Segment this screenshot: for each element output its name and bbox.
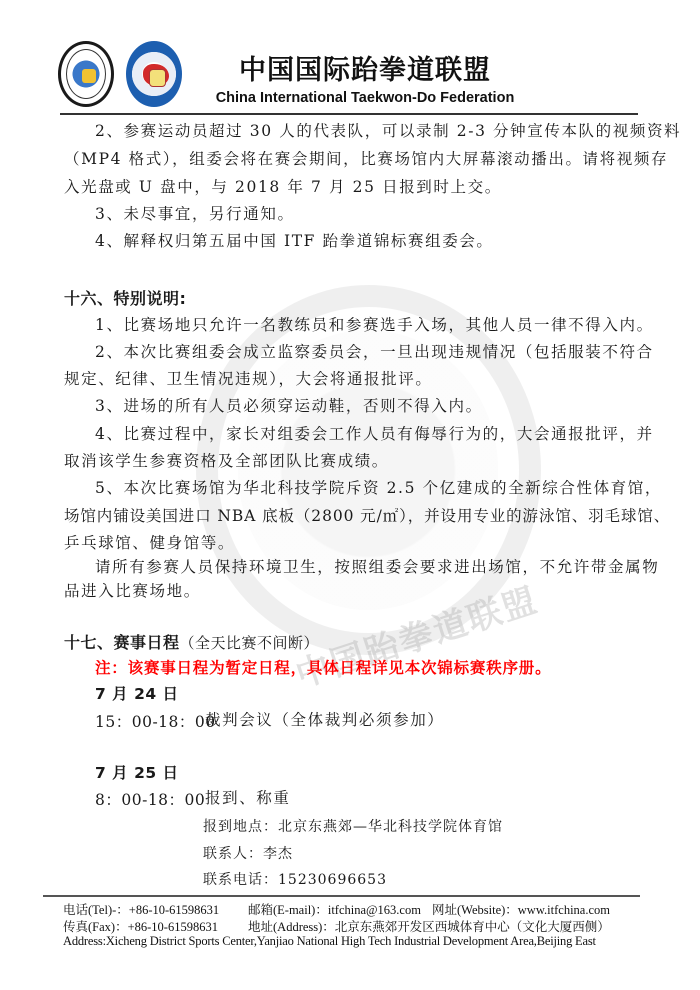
s15-item2-line1: 2、参赛运动员超过 30 人的代表队，可以录制 2-3 分钟宣传本队的视频资料: [95, 121, 681, 141]
org-title-cn: 中国国际跆拳道联盟: [200, 48, 530, 87]
s16-note-line2: 品进入比赛场地。: [64, 581, 201, 601]
footer-address-en: Address:Xicheng District Sports Center,Y…: [63, 934, 596, 949]
schedule-day2-location: 报到地点：北京东燕郊—华北科技学院体育馆: [203, 816, 503, 836]
s16-item5-line1: 5、本次比赛场馆为华北科技学院斥资 2.5 个亿建成的全新综合性体育馆，: [95, 478, 662, 498]
s16-item4-line1: 4、比赛过程中，家长对组委会工作人员有侮辱行为的，大会通报批评，并: [95, 424, 654, 444]
s15-item3: 3、未尽事宜，另行通知。: [95, 204, 295, 224]
s16-item2-line1: 2、本次比赛组委会成立监察委员会，一旦出现违规情况（包括服装不符合: [95, 342, 654, 362]
s16-item2-line2: 规定、纪律、卫生情况违规），大会将通报批评。: [64, 369, 432, 389]
s16-item3: 3、进场的所有人员必须穿运动鞋，否则不得入内。: [95, 396, 483, 416]
s15-item2-line3: 入光盘或 U 盘中，与 2018 年 7 月 25 日报到时上交。: [64, 177, 502, 197]
section16-heading: 十六、特别说明:: [64, 289, 186, 309]
s16-item5-line3: 乒乓球馆、健身馆等。: [64, 533, 235, 553]
s16-note-line1: 请所有参赛人员保持环境卫生，按照组委会要求进出场馆，不允许带金属物: [95, 557, 659, 577]
s15-item4: 4、解释权归第五届中国 ITF 跆拳道锦标赛组委会。: [95, 231, 494, 251]
fist-emblem-icon: [82, 69, 96, 83]
itf-china-logo-icon: [126, 41, 182, 107]
schedule-day2-phone: 联系电话：15230696653: [203, 869, 387, 889]
footer-divider: [43, 895, 640, 897]
section17-heading-title: 十七、赛事日程: [64, 633, 180, 652]
org-title-en: China International Taekwon-Do Federatio…: [180, 90, 550, 106]
section17-heading: 十七、赛事日程（全天比赛不间断）: [64, 633, 319, 653]
s16-item1: 1、比赛场地只允许一名教练员和参赛选手入场，其他人员一律不得入内。: [95, 315, 654, 335]
schedule-day2-event: 报到、称重: [205, 788, 291, 808]
s16-item5-line2: 场馆内铺设美国进口 NBA 底板（2800 元/㎡），并设用专业的游泳馆、羽毛球…: [64, 506, 670, 526]
schedule-notice: 注：该赛事日程为暂定日程，具体日程详见本次锦标赛秩序册。: [95, 658, 551, 678]
s16-item4-line2: 取消该学生参赛资格及全部团队比赛成绩。: [64, 451, 389, 471]
s15-item2-line2: （MP4 格式），组委会将在赛会期间，比赛场馆内大屏幕滚动播出。请将视频存: [64, 149, 668, 169]
schedule-day1-time: 15：00-18：00: [95, 710, 216, 732]
schedule-day1-event: 裁判会议（全体裁判必须参加）: [205, 710, 444, 730]
section17-heading-suffix: （全天比赛不间断）: [180, 634, 320, 652]
footer-address-cn: 地址(Address)：北京东燕郊开发区西城体育中心（文化大厦西侧）: [248, 917, 610, 935]
schedule-day2-time: 8：00-18：00: [95, 788, 205, 810]
footer-website: 网址(Website)：www.itfchina.com: [432, 900, 610, 918]
footer-email: 邮箱(E-mail)：itfchina@163.com: [248, 900, 421, 918]
schedule-day2-contact: 联系人：李杰: [203, 843, 293, 863]
itf-international-logo-icon: [58, 41, 114, 107]
footer-tel: 电话(Tel)-：+86-10-61598631: [63, 900, 219, 918]
header-divider: [60, 113, 638, 115]
fist-emblem-icon: [149, 69, 166, 87]
schedule-day2-date: 7 月 25 日: [95, 763, 179, 783]
schedule-day1-date: 7 月 24 日: [95, 684, 179, 704]
footer-fax: 传真(Fax)：+86-10-61598631: [63, 917, 218, 935]
